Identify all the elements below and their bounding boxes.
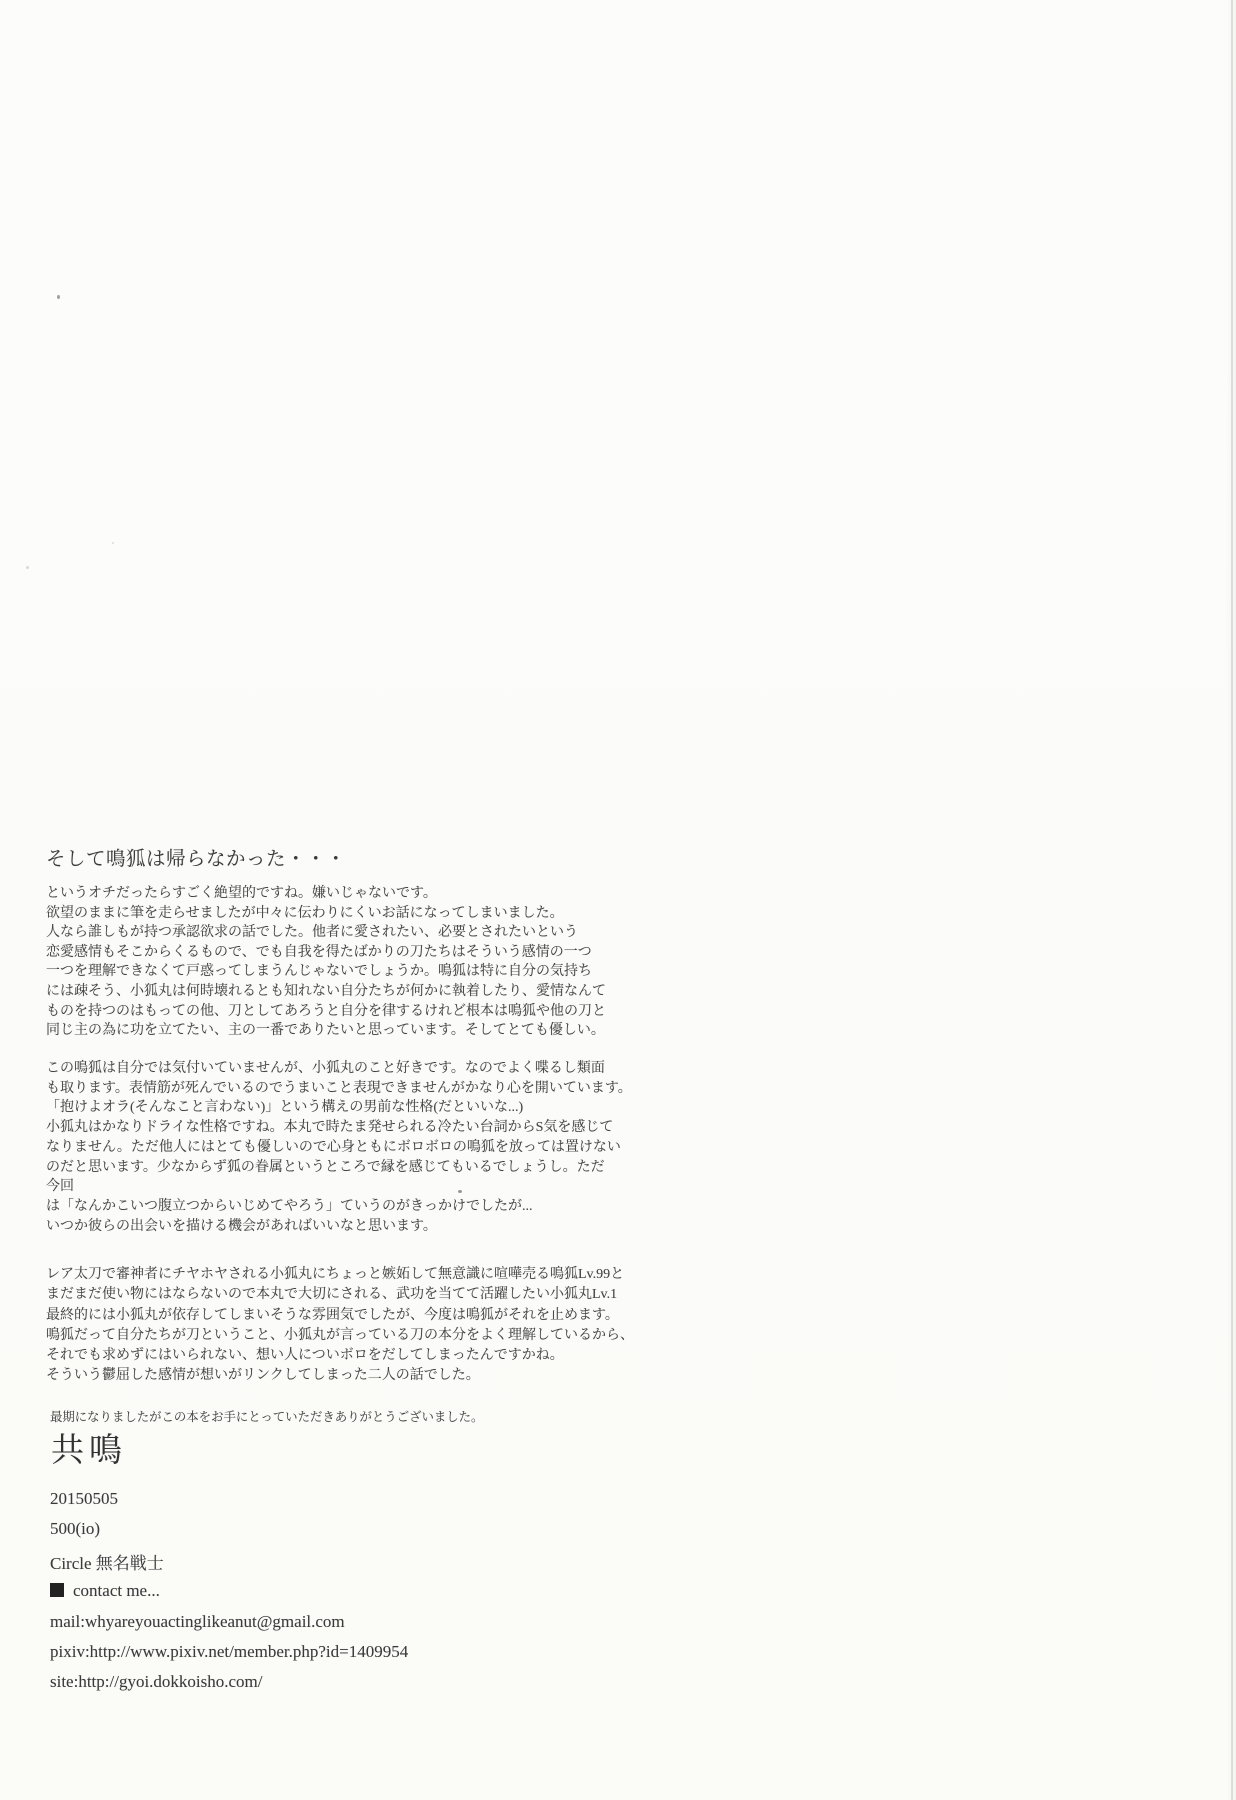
text-line: も取ります。表情筋が死んでいるのでうまいこと表現できませんがかなり心を開いていま…: [46, 1079, 632, 1099]
text-line: 一つを理解できなくて戸惑ってしまうんじゃないでしょうか。鳴狐は特に自分の気持ち: [46, 962, 606, 982]
book-title: 共鳴: [51, 1424, 127, 1471]
text-line: いつか彼らの出会いを描ける機会があればいいなと思います。: [46, 1217, 632, 1237]
afterword-heading: そして鳴狐は帰らなかった・・・: [46, 843, 346, 871]
text-line: 欲望のままに筆を走らせましたが中々に伝わりにくいお話になってしまいました。: [46, 904, 606, 924]
square-bullet-icon: [50, 1583, 64, 1597]
text-line: そういう鬱屈した感情が想いがリンクしてしまった二人の話でした。: [46, 1366, 634, 1386]
afterword-paragraph-2: この鳴狐は自分では気付いていませんが、小狐丸のこと好きです。なのでよく喋るし類面…: [46, 1059, 632, 1236]
mail-line: mail:whyareyouactinglikeanut@gmail.com: [50, 1612, 345, 1632]
text-line: まだまだ使い物にはならないので本丸で大切にされる、武功を当てて活躍したい小狐丸L…: [46, 1285, 634, 1305]
pixiv-line: pixiv:http://www.pixiv.net/member.php?id…: [50, 1642, 408, 1662]
circle-name: Circle 無名戦士: [50, 1549, 164, 1574]
contact-label: contact me...: [73, 1581, 160, 1600]
text-line: 同じ主の為に功を立てたい、主の一番でありたいと思っています。そしてとても優しい。: [46, 1021, 606, 1041]
text-line: 人なら誰しもが持つ承認欲求の話でした。他者に愛されたい、必要とされたいという: [46, 923, 606, 943]
scan-speck: [112, 542, 114, 544]
text-line: のだと思います。少なからず狐の眷属というところで縁を感じてもいるでしょうし。ただ: [46, 1158, 632, 1178]
text-line: 最終的には小狐丸が依存してしまいそうな雰囲気でしたが、今度は鳴狐がそれを止めます…: [46, 1306, 634, 1326]
author-name: 500(io): [50, 1519, 100, 1539]
text-line: は「なんかこいつ腹立つからいじめてやろう」ていうのがきっかけでしたが...: [46, 1197, 632, 1217]
text-line: レア太刀で審神者にチヤホヤされる小狐丸にちょっと嫉妬して無意識に喧嘩売る鳴狐Lv…: [46, 1265, 634, 1285]
site-line: site:http://gyoi.dokkoisho.com/: [50, 1672, 263, 1692]
page-edge-line: [1231, 0, 1233, 1800]
text-line: それでも求めずにはいられない、想い人についボロをだしてしまったんですかね。: [46, 1346, 634, 1366]
text-line: というオチだったらすごく絶望的ですね。嫌いじゃないです。: [46, 884, 606, 904]
text-line: 恋愛感情もそこからくるもので、でも自我を得たばかりの刀たちはそういう感情の一つ: [46, 943, 606, 963]
afterword-paragraph-3: レア太刀で審神者にチヤホヤされる小狐丸にちょっと嫉妬して無意識に喧嘩売る鳴狐Lv…: [46, 1265, 634, 1387]
text-line: 鳴狐だって自分たちが刀ということ、小狐丸が言っている刀の本分をよく理解しているか…: [46, 1326, 634, 1346]
afterword-paragraph-1: というオチだったらすごく絶望的ですね。嫌いじゃないです。 欲望のままに筆を走らせ…: [46, 884, 606, 1041]
text-line: 今回: [46, 1177, 632, 1197]
text-line: ものを持つのはもっての他、刀としてあろうと自分を律するけれど根本は鳴狐や他の刀と: [46, 1002, 606, 1022]
scanned-page: そして鳴狐は帰らなかった・・・ というオチだったらすごく絶望的ですね。嫌いじゃな…: [0, 0, 1236, 1800]
publish-date: 20150505: [50, 1489, 118, 1509]
scan-speck: [458, 1190, 462, 1193]
text-line: この鳴狐は自分では気付いていませんが、小狐丸のこと好きです。なのでよく喋るし類面: [46, 1059, 632, 1079]
thanks-line: 最期になりましたがこの本をお手にとっていただきありがとうございました。: [50, 1407, 483, 1425]
text-line: 小狐丸はかなりドライな性格ですね。本丸で時たま発せられる冷たい台詞からS気を感じ…: [46, 1118, 632, 1138]
text-line: 「抱けよオラ(そんなこと言わない)」という構えの男前な性格(だといいな...): [46, 1098, 632, 1118]
scan-speck: [57, 295, 60, 299]
scan-speck: [26, 566, 29, 569]
text-line: には疎そう、小狐丸は何時壊れるとも知れない自分たちが何かに執着したり、愛情なんて: [46, 982, 606, 1002]
text-line: なりません。ただ他人にはとても優しいので心身ともにボロボロの鳴狐を放っては置けな…: [46, 1138, 632, 1158]
contact-heading: contact me...: [50, 1581, 160, 1601]
